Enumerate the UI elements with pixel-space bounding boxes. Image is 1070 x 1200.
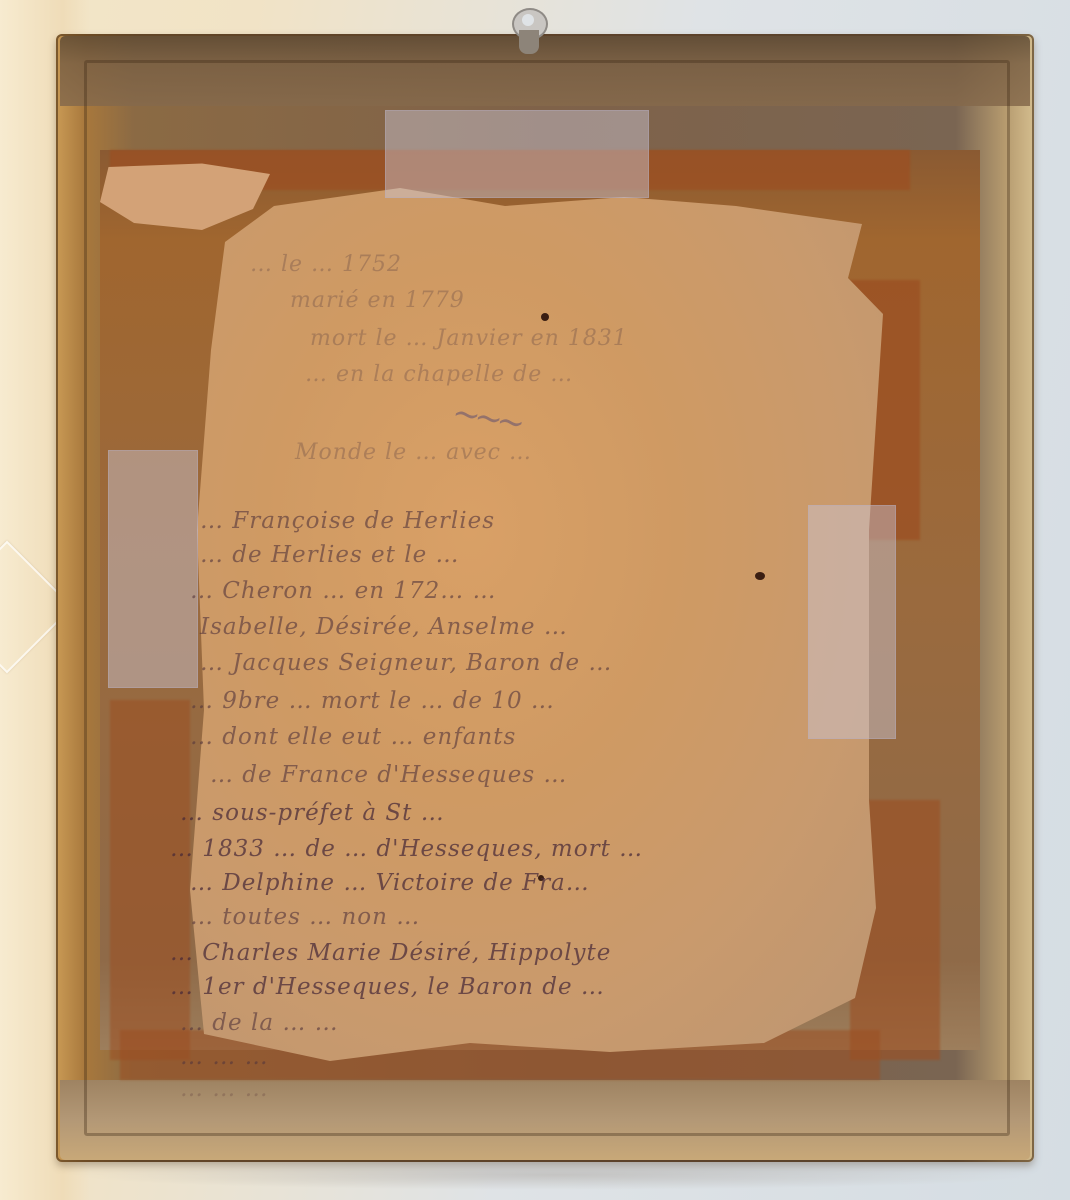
hanging-hook: [512, 8, 548, 52]
handwritten-line: … en la chapelle de …: [305, 362, 573, 387]
handwritten-line: … de la … …: [180, 1010, 339, 1036]
handwritten-line: mort le … Janvier en 1831: [310, 326, 628, 351]
handwritten-line: … de France d'Hesseques …: [210, 762, 567, 788]
handwritten-line: … de Herlies et le …: [200, 542, 460, 568]
handwritten-line: … Françoise de Herlies: [200, 508, 495, 534]
hook-stem: [519, 30, 539, 54]
handwritten-line: … sous-préfet à St …: [180, 800, 445, 826]
frame-shadow: [70, 1160, 1040, 1190]
handwritten-line: Monde le … avec …: [295, 440, 532, 465]
rust-stain-left: [110, 700, 190, 1060]
handwritten-line: … … …: [180, 1076, 269, 1102]
tape-patch-top: [385, 110, 649, 198]
handwritten-line: … Delphine … Victoire de Fra…: [190, 870, 590, 896]
tape-patch-left: [108, 450, 198, 688]
tape-patch-right: [808, 505, 896, 739]
handwritten-line: … Jacques Seigneur, Baron de …: [200, 650, 612, 676]
handwritten-line: … toutes … non …: [190, 904, 420, 930]
handwritten-line: … Charles Marie Désiré, Hippolyte: [170, 940, 611, 966]
nail-hole: [541, 313, 549, 321]
handwritten-line: … 1er d'Hesseques, le Baron de …: [170, 974, 605, 1000]
handwritten-line: … Cheron … en 172… …: [190, 578, 497, 604]
photo-scene: ~~~ … le … 1752 marié en 1779 mort le … …: [0, 0, 1070, 1200]
handwritten-line: … le … 1752: [250, 252, 402, 277]
handwritten-line: … dont elle eut … enfants: [190, 724, 516, 750]
handwritten-line: … 9bre … mort le … de 10 …: [190, 688, 555, 714]
handwritten-line: marié en 1779: [290, 288, 465, 313]
handwritten-line: … … …: [180, 1044, 269, 1070]
nail-hole: [755, 572, 765, 580]
handwritten-line: Isabelle, Désirée, Anselme …: [200, 614, 568, 640]
handwritten-line: … 1833 … de … d'Hesseques, mort …: [170, 836, 643, 862]
hook-hole: [522, 14, 534, 26]
